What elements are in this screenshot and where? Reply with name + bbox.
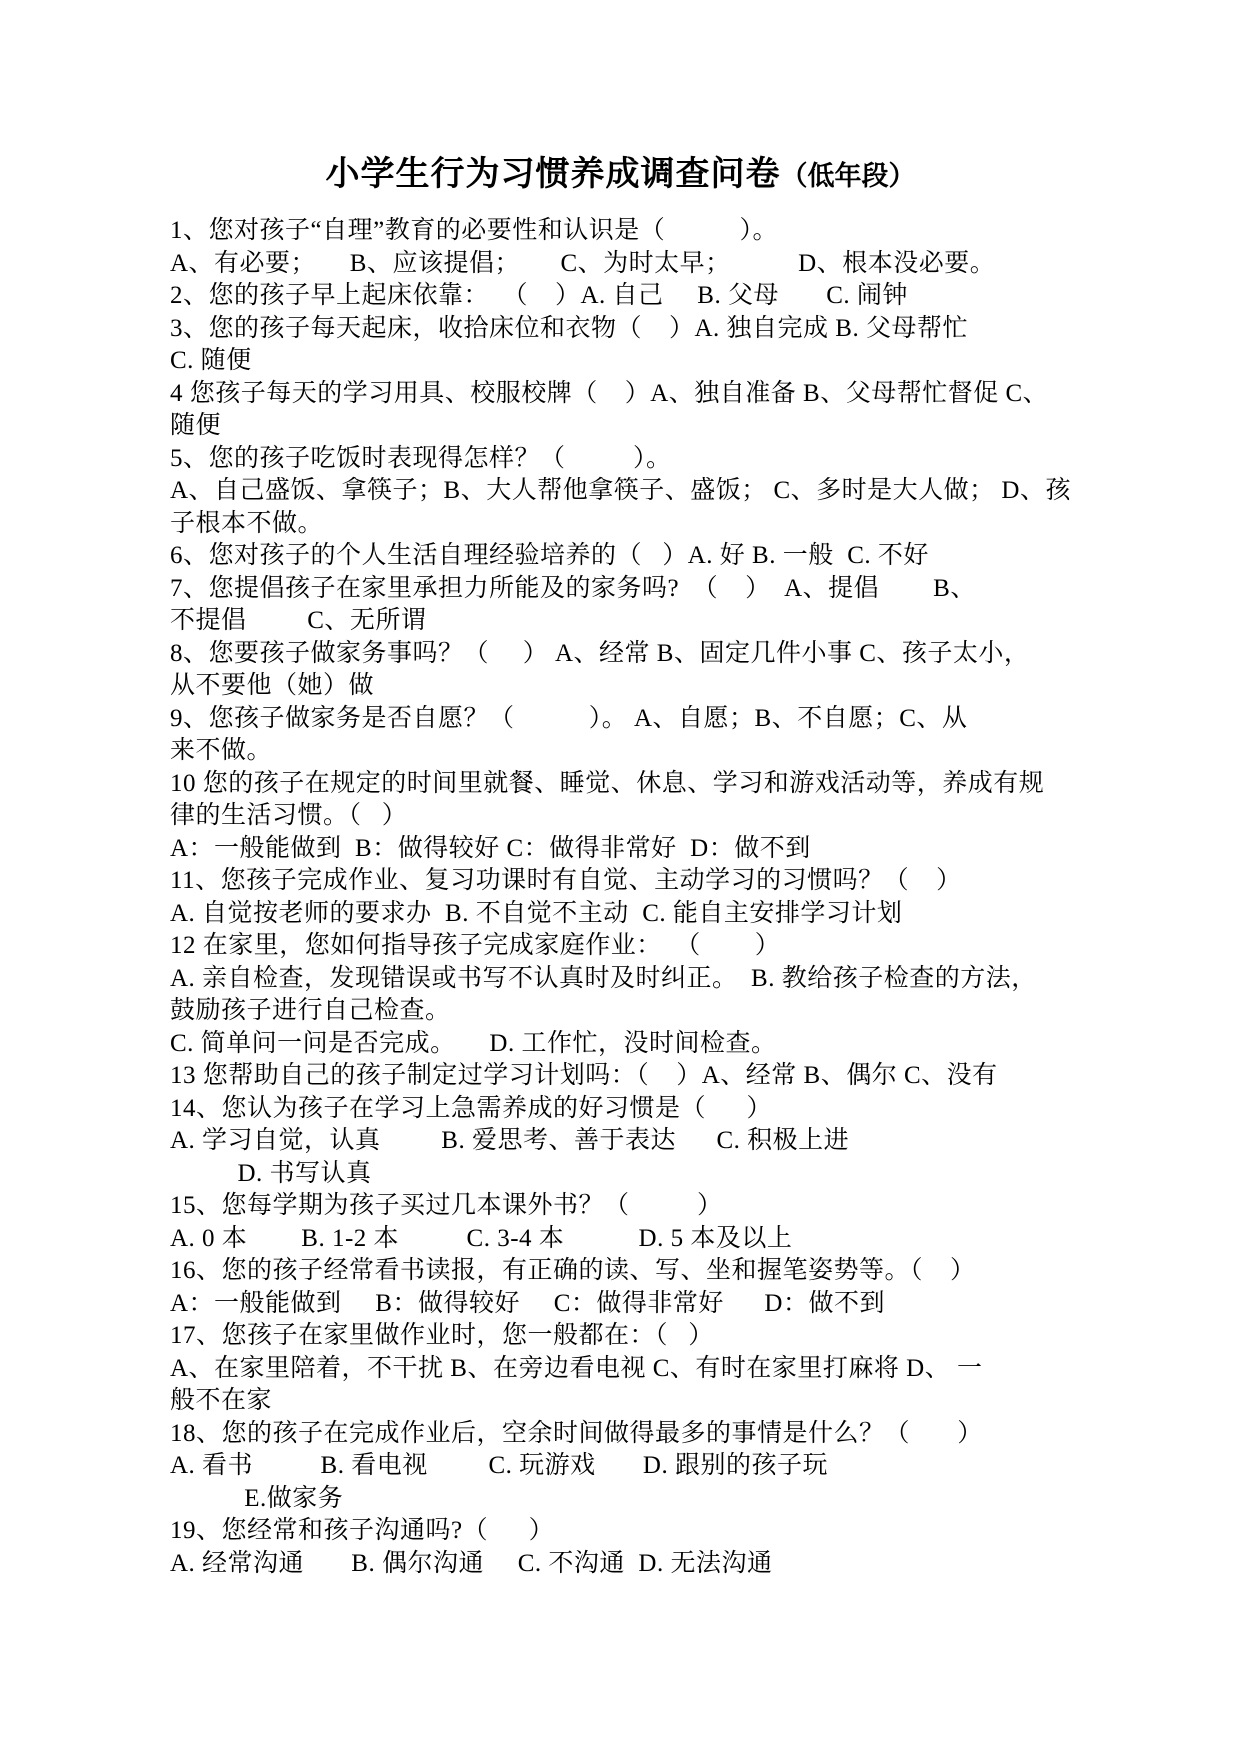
question-4-cont: 随便 [170, 410, 1181, 443]
question-17-options: A、在家里陪着，不干扰 B、在旁边看电视 C、有时在家里打麻将 D、 一 [170, 1353, 1181, 1386]
question-2: 2、您的孩子早上起床依靠： （ ）A. 自己 B. 父母 C. 闹钟 [170, 280, 1181, 313]
question-19: 19、您经常和孩子沟通吗?（ ） [170, 1515, 1181, 1548]
question-3-options-cont: C. 随便 [170, 345, 1181, 378]
question-17-options-cont: 般不在家 [170, 1385, 1181, 1418]
question-15-options: A. 0 本 B. 1-2 本 C. 3-4 本 D. 5 本及以上 [170, 1223, 1181, 1256]
question-11: 11、您孩子完成作业、复习功课时有自觉、主动学习的习惯吗？（ ） [170, 865, 1181, 898]
question-12-options-ab: A. 亲自检查，发现错误或书写不认真时及时纠正。 B. 教给孩子检查的方法， [170, 963, 1181, 996]
question-7-cont: 不提倡 C、无所谓 [170, 605, 1181, 638]
question-8: 8、您要孩子做家务事吗？（ ） A、经常 B、固定几件小事 C、孩子太小， [170, 638, 1181, 671]
question-14: 14、您认为孩子在学习上急需养成的好习惯是（ ） [170, 1093, 1181, 1126]
question-14-option-d: D. 书写认真 [170, 1158, 1181, 1191]
question-11-options: A. 自觉按老师的要求办 B. 不自觉不主动 C. 能自主安排学习计划 [170, 898, 1181, 931]
question-18-options: A. 看书 B. 看电视 C. 玩游戏 D. 跟别的孩子玩 [170, 1450, 1181, 1483]
question-15: 15、您每学期为孩子买过几本课外书？（ ） [170, 1190, 1181, 1223]
question-5-options-cont: 子根本不做。 [170, 508, 1181, 541]
question-12: 12 在家里，您如何指导孩子完成家庭作业： （ ） [170, 930, 1181, 963]
questionnaire-body: 1、您对孩子“自理”教育的必要性和认识是（ ）。 A、有必要； B、应该提倡； … [170, 215, 1181, 1580]
document-page: 小学生行为习惯养成调查问卷（低年段） 1、您对孩子“自理”教育的必要性和认识是（… [0, 0, 1241, 1754]
question-16-options: A：一般能做到 B：做得较好 C：做得非常好 D：做不到 [170, 1288, 1181, 1321]
question-18: 18、您的孩子在完成作业后，空余时间做得最多的事情是什么？（ ） [170, 1418, 1181, 1451]
question-10-cont: 律的生活习惯。（ ） [170, 800, 1181, 833]
question-1: 1、您对孩子“自理”教育的必要性和认识是（ ）。 [170, 215, 1181, 248]
question-9-cont: 来不做。 [170, 735, 1181, 768]
question-12-options-cd: C. 简单问一问是否完成。 D. 工作忙，没时间检查。 [170, 1028, 1181, 1061]
question-6: 6、您对孩子的个人生活自理经验培养的（ ）A. 好 B. 一般 C. 不好 [170, 540, 1181, 573]
question-10: 10 您的孩子在规定的时间里就餐、睡觉、休息、学习和游戏活动等，养成有规 [170, 768, 1181, 801]
question-8-cont: 从不要他（她）做 [170, 670, 1181, 703]
question-7: 7、您提倡孩子在家里承担力所能及的家务吗? （ ） A、提倡 B、 [170, 573, 1181, 606]
question-3: 3、您的孩子每天起床，收拾床位和衣物（ ）A. 独自完成 B. 父母帮忙 [170, 313, 1181, 346]
title-suffix: （低年段） [781, 161, 916, 191]
question-16: 16、您的孩子经常看书读报，有正确的读、写、坐和握笔姿势等。（ ） [170, 1255, 1181, 1288]
question-1-options: A、有必要； B、应该提倡； C、为时太早； D、根本没必要。 [170, 248, 1181, 281]
question-4: 4 您孩子每天的学习用具、校服校牌（ ）A、独自准备 B、父母帮忙督促 C、 [170, 378, 1181, 411]
question-5: 5、您的孩子吃饭时表现得怎样？（ ）。 [170, 443, 1181, 476]
title-main: 小学生行为习惯养成调查问卷 [326, 156, 781, 193]
question-18-option-e: E.做家务 [170, 1483, 1181, 1516]
question-19-options: A. 经常沟通 B. 偶尔沟通 C. 不沟通 D. 无法沟通 [170, 1548, 1181, 1581]
question-12-options-ab-cont: 鼓励孩子进行自己检查。 [170, 995, 1181, 1028]
question-10-options: A：一般能做到 B：做得较好 C：做得非常好 D：做不到 [170, 833, 1181, 866]
question-9: 9、您孩子做家务是否自愿？（ ）。 A、自愿；B、不自愿；C、从 [170, 703, 1181, 736]
question-17: 17、您孩子在家里做作业时，您一般都在：（ ） [170, 1320, 1181, 1353]
question-5-options: A、自己盛饭、拿筷子；B、大人帮他拿筷子、盛饭； C、多时是大人做； D、孩 [170, 475, 1181, 508]
page-title: 小学生行为习惯养成调查问卷（低年段） [0, 0, 1241, 195]
question-14-options: A. 学习自觉，认真 B. 爱思考、善于表达 C. 积极上进 [170, 1125, 1181, 1158]
question-13: 13 您帮助自己的孩子制定过学习计划吗：（ ）A、经常 B、偶尔 C、没有 [170, 1060, 1181, 1093]
